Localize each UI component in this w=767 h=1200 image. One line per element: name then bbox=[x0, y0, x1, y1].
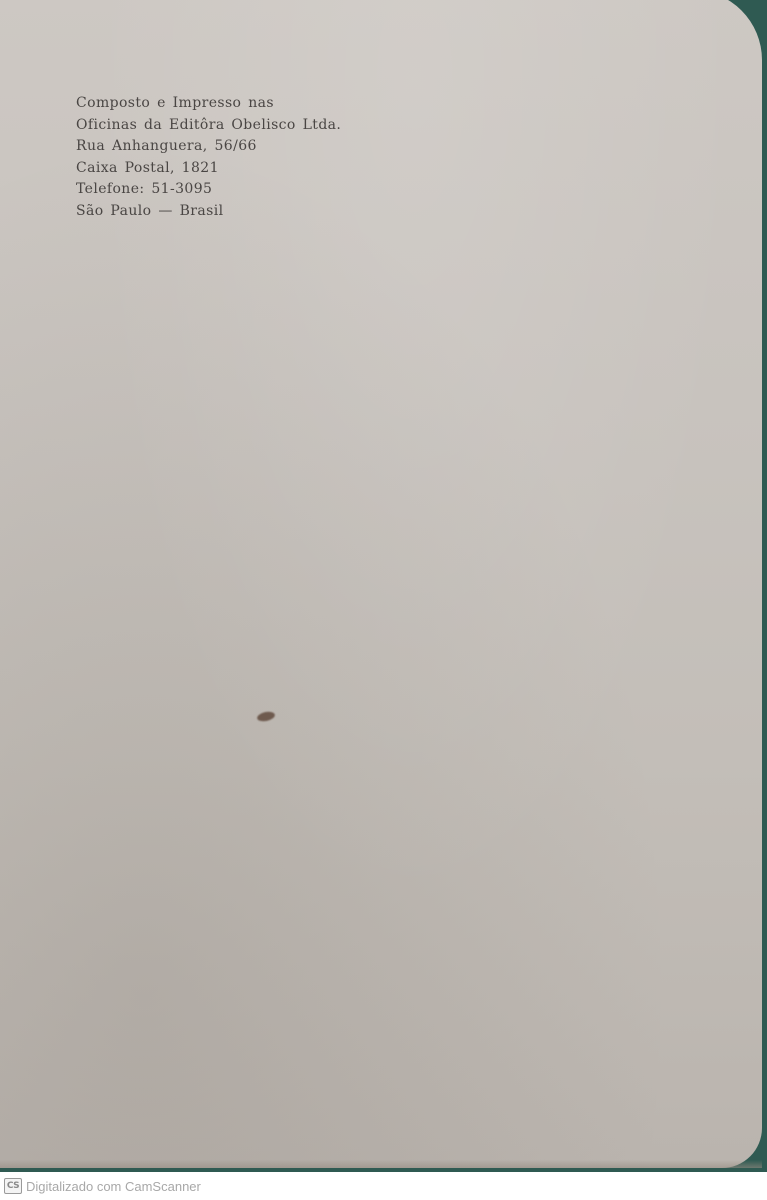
imprint-line-street: Rua Anhanguera, 56/66 bbox=[76, 136, 341, 158]
paper-stain bbox=[256, 710, 275, 723]
imprint-line-publisher: Oficinas da Editôra Obelisco Ltda. bbox=[76, 115, 341, 137]
imprint-line-composed: Composto e Impresso nas bbox=[76, 93, 341, 115]
printer-imprint: Composto e Impresso nas Oficinas da Edit… bbox=[76, 93, 341, 223]
camscanner-watermark: CS Digitalizado com CamScanner bbox=[4, 1177, 201, 1195]
camscanner-logo-icon: CS bbox=[4, 1178, 22, 1194]
imprint-line-city: São Paulo — Brasil bbox=[76, 201, 341, 223]
imprint-line-po-box: Caixa Postal, 1821 bbox=[76, 158, 341, 180]
imprint-line-phone: Telefone: 51-3095 bbox=[76, 179, 341, 201]
watermark-text: Digitalizado com CamScanner bbox=[26, 1179, 201, 1194]
book-page: Composto e Impresso nas Oficinas da Edit… bbox=[0, 0, 762, 1168]
scanned-image: Composto e Impresso nas Oficinas da Edit… bbox=[0, 0, 767, 1172]
